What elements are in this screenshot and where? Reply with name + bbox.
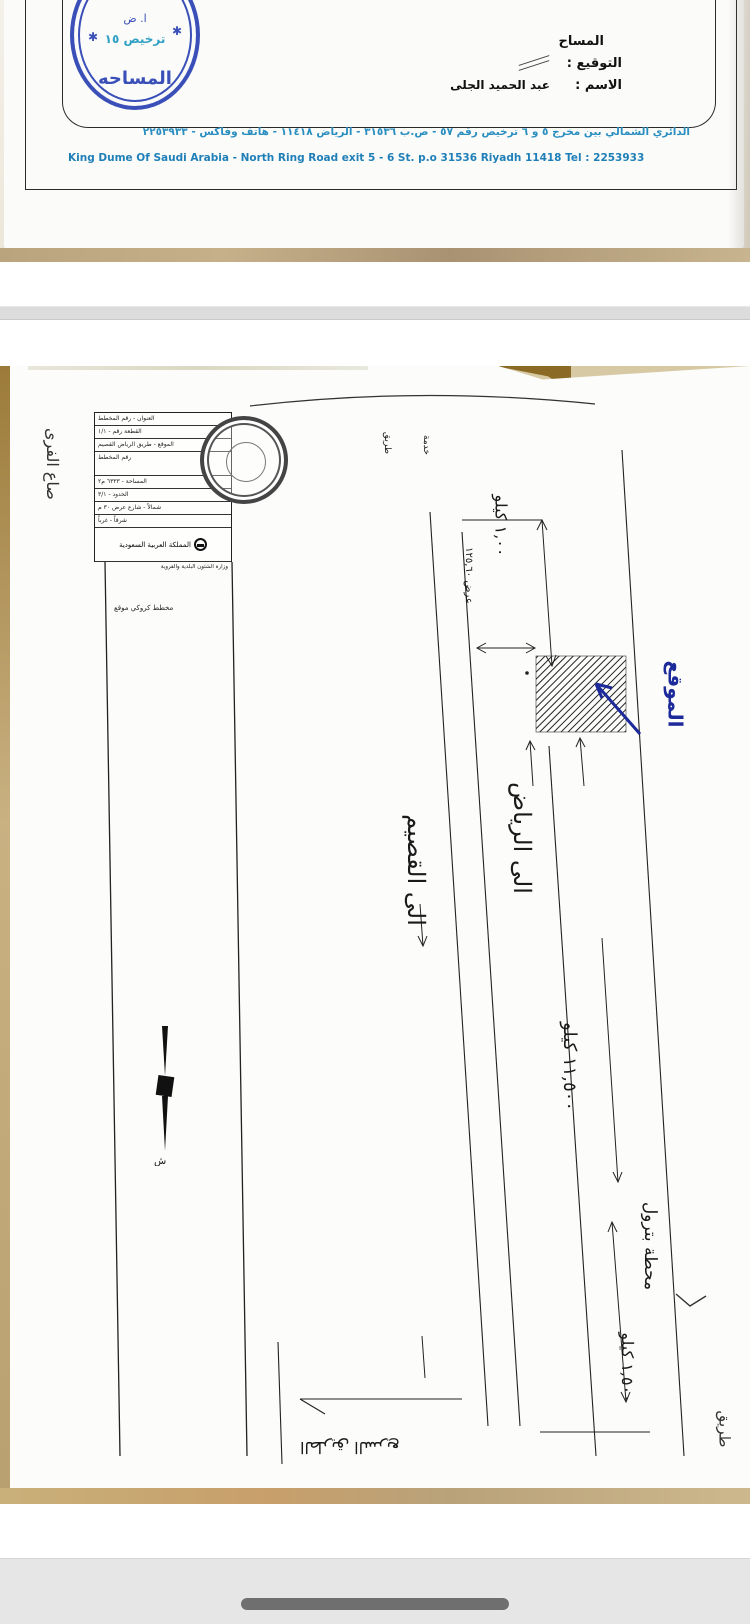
bottom-bar [0, 1558, 750, 1624]
page-shadow [728, 0, 750, 250]
highway-right-label: طريق [715, 1411, 733, 1448]
emblem-icon [194, 538, 207, 551]
stamp-license: ترخيص ١٥ [74, 32, 196, 46]
table-surface [0, 248, 750, 262]
title-block-row: العنوان - رقم المخطط [95, 413, 231, 426]
north-arrow-icon: ش [148, 1026, 178, 1166]
signature-block: المساح التوقيع : الاسم : عبد الحميد الجل… [382, 30, 622, 96]
table-surface [0, 1488, 750, 1504]
title-block-footer: وزارة الشئون البلدية والقروية [95, 562, 231, 572]
image-viewer-screen: ✱ ✱ ا. ض ترخيص ١٥ المساحه المساح التوقيع… [0, 0, 750, 1624]
title-block-row: شمالاً - شارع عرض ٣٠ م [95, 502, 231, 515]
logo-text: المملكة العربية السعودية [119, 541, 191, 549]
address-arabic: الدائري الشمالي بين مخرج ٥ و ٦ ترخيص رقم… [90, 126, 690, 138]
offset-dimension: عرض ١٢٥,٦٠ [463, 547, 474, 604]
signature-scribble [518, 56, 550, 70]
label-to-riyadh: الى الرياض [508, 782, 536, 894]
distance-lower: ١,٥٠٠ كيلو [618, 1332, 637, 1403]
name-value: عبد الحميد الجلى [450, 78, 550, 92]
stamp-middle: ا. ض [74, 12, 196, 25]
distance-upper: ١,٠٠ كيلو [491, 495, 510, 557]
plot-handwritten-label: الموقع [664, 660, 688, 727]
margin-note: صاع الفرى [43, 428, 62, 500]
photo-site-sketch[interactable]: صاع الفرى العنوان - رقم المخطط القطعة رق… [0, 366, 750, 1504]
address-english: King Dume Of Saudi Arabia - North Ring R… [68, 152, 708, 164]
home-indicator[interactable] [241, 1598, 509, 1610]
gap [0, 1504, 750, 1558]
surveyor-stamp [200, 416, 288, 504]
road-label-top-left: طريق [382, 432, 392, 454]
road-label-top-right: خدمة [421, 435, 431, 455]
label-to-qassim: الى القصيم [402, 814, 430, 926]
stamp-bottom: المساحه [74, 68, 196, 89]
sketch-title: مخطط كروكي موقع [114, 604, 173, 612]
gap [0, 262, 750, 306]
gap [0, 320, 750, 368]
surveyor-title: المساح [382, 30, 622, 52]
svg-text:ش: ش [154, 1156, 166, 1166]
title-block-row: الحدود - ٣/١ [95, 489, 231, 502]
signature-label: التوقيع : [560, 56, 622, 71]
name-label: الاسم : [560, 78, 622, 93]
image-divider [0, 306, 750, 320]
photo-document-top[interactable]: ✱ ✱ ا. ض ترخيص ١٥ المساحه المساح التوقيع… [0, 0, 750, 262]
highway-label: الطريق السريع [300, 1438, 400, 1457]
title-block-row: شرقاً - غرباً [95, 515, 231, 528]
stamp-center [226, 442, 266, 482]
ministry-logo: المملكة العربية السعودية [95, 528, 231, 562]
petrol-station-label: محطة بترول [640, 1202, 660, 1290]
distance-main: ١١,٥٠٠ كيلو [559, 1022, 580, 1111]
